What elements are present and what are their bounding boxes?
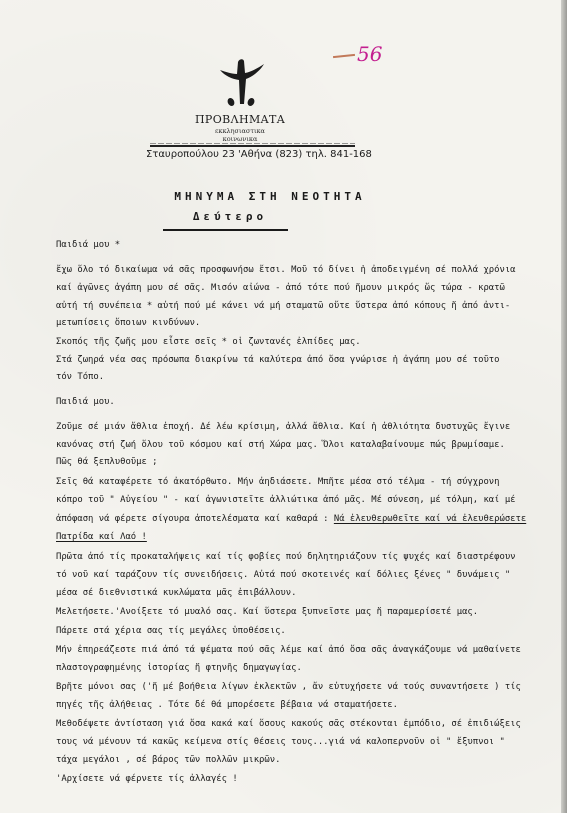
text-line: πηγές τῆς ἀλήθειας . Τότε δέ θά μπορέσετ… xyxy=(56,700,398,710)
text-line: Μήν ἐπηρεάζεστε πιά ἀπό τά ψέματα πού σᾶ… xyxy=(56,645,521,655)
handwritten-dash xyxy=(333,53,355,57)
text-line: Πρῶτα ἀπό τίς προκαταλήψεις καί τίς φοβί… xyxy=(56,552,516,562)
text-line: Πατρίδα καί Λαό ! xyxy=(56,532,147,542)
subtitle-underline xyxy=(163,229,288,231)
text-line: πλαστογραφημένης ἱστορίας ἤ φτηνῆς δημαγ… xyxy=(56,663,302,673)
text-line: μετωπίσεις ὅποιων κινδύνων. xyxy=(56,318,200,328)
text-line: Πάρετε στά χέρια σας τίς μεγάλες ὑποθέσε… xyxy=(56,626,286,636)
org-subtitle-1: εκκλησιαστικα xyxy=(160,127,320,135)
text-line: καί ἀγῶνες ἀγάπη μου σέ σᾶς. Μισόν αἰώνα… xyxy=(56,283,505,293)
page-number: 56 xyxy=(357,42,382,66)
text-line: Σεῖς θά καταφέρετε τό ἀκατόρθωτο. Μήν ἀη… xyxy=(56,477,500,487)
text-line: τό νοῦ καί ταράζουν τίς συνειδήσεις. Αὐτ… xyxy=(56,570,510,580)
org-name: ΠΡΟΒΛΗΜΑΤΑ xyxy=(160,113,320,126)
text-line: Πῶς θά ξεπλυθοῦμε ; xyxy=(56,457,158,467)
document-subtitle: Δεύτερο xyxy=(160,210,300,223)
text-line: Σκοπός τῆς ζωῆς μου εἶστε σεῖς * οἱ ζωντ… xyxy=(56,337,361,347)
text-line: τόν Τόπο. xyxy=(56,372,104,382)
text-line: κανόνας στή ζωή ὅλου τοῦ κόσμου καί στή … xyxy=(56,440,505,450)
document-title: ΜΗΝΥΜΑ ΣΤΗ ΝΕΟΤΗΤΑ xyxy=(130,190,410,203)
text-line: ἀπόφαση νά φέρετε σίγουρα ἀποτελέσματα κ… xyxy=(56,514,526,524)
text-line: τάχα μεγάλοι , σέ βάρος τῶν πολλῶν μικρῶ… xyxy=(56,755,280,765)
document-page: ΠΡΟΒΛΗΜΑΤΑ εκκλησιαστικα κοινωνικα Σταυρ… xyxy=(0,0,561,813)
text-line: μέσα σέ διεθνιστικά κυκλώματα μᾶς ἐπιβάλ… xyxy=(56,588,296,598)
text-line: Μεθοδέψετε ἀντίσταση γιά ὅσα κακά καί ὅσ… xyxy=(56,719,521,729)
cross-figure-icon xyxy=(218,58,266,110)
text-line: 'Αρχίσετε νά φέρνετε τίς ἀλλαγές ! xyxy=(56,774,238,784)
text-line: Στά ζωηρά νέα σας πρόσωπα διακρίνω τά κα… xyxy=(56,355,500,365)
text-line: Παιδιά μου. xyxy=(56,397,115,407)
letterhead-fine-rule xyxy=(150,143,355,144)
text-line: Βρῆτε μόνοι σας ('ἤ μέ βοήθεια λίγων ἐκλ… xyxy=(56,682,521,692)
text-line: Μελετήσετε.'Ανοίξετε τό μυαλό σας. Καί ὕ… xyxy=(56,607,478,617)
text-line: τους νά μένουν τά κακῶς κείμενα στίς θέσ… xyxy=(56,737,505,747)
underlined-phrase: Πατρίδα καί Λαό ! xyxy=(56,532,147,542)
org-subtitle-2: κοινωνικα xyxy=(160,135,320,143)
text-line: ἔχω ὅλο τό δικαίωμα νά σᾶς προσφωνήσω ἔτ… xyxy=(56,265,516,275)
text-line: Παιδιά μου * xyxy=(56,240,120,250)
text-line: αὐτή τή συνέπεια * αὐτή πού μέ κάνει νά … xyxy=(56,301,510,311)
address: Σταυροπούλου 23 'Αθήνα (823) τηλ. 841-16… xyxy=(146,149,366,160)
page-edge xyxy=(561,0,567,813)
text-line: κόπρο τοῦ " Αὐγείου " - καί ἀγωνιστεῖτε … xyxy=(56,495,516,505)
letterhead-rule xyxy=(150,145,355,147)
text-line: Ζοῦμε σέ μιάν ἄθλια ἐποχή. Δέ λέω κρίσιμ… xyxy=(56,422,510,432)
page-number-mark: 56 xyxy=(333,42,382,66)
underlined-phrase: Νά ἐλευθερωθεῖτε καί νά ἐλευθερώσετε xyxy=(334,514,526,524)
